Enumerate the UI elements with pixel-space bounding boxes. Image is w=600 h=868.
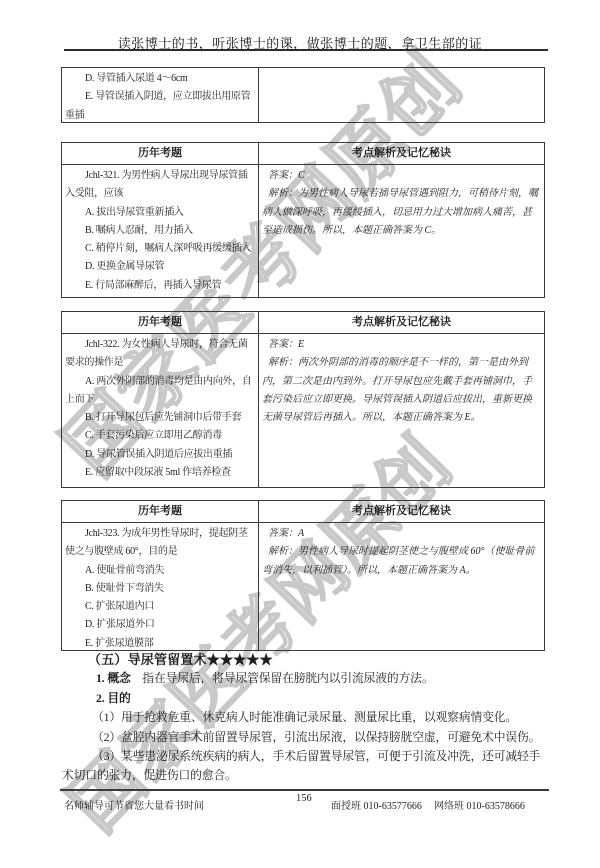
option-a: A. 两次外阴部的消毒均是由内向外，自上而下: [65, 373, 255, 410]
qa-table-header-row: 历年考题 考点解析及记忆秘诀: [62, 143, 544, 165]
option-a: A. 使耻骨前弯消失: [65, 562, 255, 580]
question-stem: Jchl-322. 为女性病人导尿时，符合无菌要求的操作是: [65, 336, 255, 373]
qa-table-jchl-322: 历年考题 考点解析及记忆秘诀 Jchl-322. 为女性病人导尿时，符合无菌要求…: [61, 311, 545, 488]
answer-line: 答案：E: [262, 336, 541, 354]
question-stem: Jchl-321. 为男性病人导尿出现导尿管插入受阻，应该: [65, 167, 255, 204]
purpose-label-line: 2. 目的: [62, 689, 548, 708]
option-d: D. 导尿管误插入阴道后应拔出重插: [65, 446, 255, 464]
concept-text: 指在导尿后，将导尿管保留在膀胱内以引流尿液的方法。: [131, 671, 434, 685]
concept-line: 1. 概念 指在导尿后，将导尿管保留在膀胱内以引流尿液的方法。: [62, 669, 548, 688]
purpose-item-1: （1）用于抢救危重、休克病人时能准确记录尿量、测量尿比重，以观察病情变化。: [62, 708, 548, 727]
qa-table-jchl-321: 历年考题 考点解析及记忆秘诀 Jchl-321. 为男性病人导尿出现导尿管插入受…: [61, 142, 545, 298]
footer-slogan: 名师辅导可节省您大量看书时间: [64, 797, 204, 812]
page-number: 156: [296, 793, 312, 804]
footer-rule: [60, 789, 549, 791]
section-indwelling-catheterization: （五）导尿管留置术★★★★★ 1. 概念 指在导尿后，将导尿管保留在膀胱内以引流…: [62, 650, 548, 786]
column-header-analysis: 考点解析及记忆秘诀: [259, 501, 544, 522]
qa-table-body: Jchl-322. 为女性病人导尿时，符合无菌要求的操作是 A. 两次外阴部的消…: [62, 334, 544, 487]
analysis-text: 解析：两次外阴部的消毒的顺序是不一样的，第一是由外到内，第二次是由内到外。打开导…: [262, 354, 541, 427]
option-b: B. 打开导尿包后应先铺洞巾后带手套: [65, 409, 255, 427]
question-cell: Jchl-321. 为男性病人导尿出现导尿管插入受阻，应该 A. 拔出导尿管重新…: [62, 165, 259, 297]
option-c: C. 稍停片刻，嘱病人深呼吸再缓缓插入: [65, 240, 255, 258]
analysis-cell: 答案：A 解析：男性病人导尿时提起阴茎使之与腹壁成 60°（使耻骨前弯消失，以利…: [259, 523, 544, 650]
qa-table-header-row: 历年考题 考点解析及记忆秘诀: [62, 312, 544, 334]
question-cell: Jchl-322. 为女性病人导尿时，符合无菌要求的操作是 A. 两次外阴部的消…: [62, 334, 259, 487]
option-a: A. 拔出导尿管重新插入: [65, 204, 255, 222]
analysis-text: 解析：为男性病人导尿若插导尿管遇到阻力，可稍待片刻，嘱病人做深呼吸，再缓缓插入，…: [262, 185, 541, 240]
footer-phone-classroom: 面授班 010-63577666: [331, 797, 422, 812]
page-content: 读张博士的书，听张博士的课，做张博士的题，拿卫生部的证 D. 导管插入尿道 4～…: [0, 0, 600, 868]
column-header-analysis: 考点解析及记忆秘诀: [259, 143, 544, 164]
analysis-text: 解析：男性病人导尿时提起阴茎使之与腹壁成 60°（使耻骨前弯消失，以利插管）。所…: [262, 543, 541, 580]
continuation-left-cell: D. 导管插入尿道 4～6cm E. 导管误插入阴道，应立即拔出用原管重插: [62, 68, 259, 122]
continuation-right-cell: [259, 68, 544, 122]
header-rule: [64, 49, 548, 51]
answer-line: 答案：C: [262, 167, 541, 185]
option-e: E. 应留取中段尿液 5ml 作培养检查: [65, 464, 255, 482]
option-c: C. 扩张尿道内口: [65, 598, 255, 616]
option-d: D. 扩张尿道外口: [65, 616, 255, 634]
continuation-option-e: E. 导管误插入阴道，应立即拔出用原管重插: [65, 88, 255, 125]
question-cell: Jchl-323. 为成年男性导尿时，提起阴茎使之与腹壁成 60°，目的是 A.…: [62, 523, 259, 650]
options-continuation-box: D. 导管插入尿道 4～6cm E. 导管误插入阴道，应立即拔出用原管重插: [61, 67, 545, 123]
column-header-past-questions: 历年考题: [62, 501, 259, 522]
option-b: B. 嘱病人忍耐，用力插入: [65, 222, 255, 240]
analysis-cell: 答案：E 解析：两次外阴部的消毒的顺序是不一样的，第一是由外到内，第二次是由内到…: [259, 334, 544, 487]
option-c: C. 手套污染后应立即用乙醇消毒: [65, 427, 255, 445]
purpose-item-3: （3）某些患泌尿系统疾病的病人，手术后留置导尿管，可便于引流及冲洗，还可减轻手术…: [62, 747, 548, 786]
column-header-past-questions: 历年考题: [62, 312, 259, 333]
qa-table-jchl-323: 历年考题 考点解析及记忆秘诀 Jchl-323. 为成年男性导尿时，提起阴茎使之…: [61, 500, 545, 651]
qa-table-body: Jchl-323. 为成年男性导尿时，提起阴茎使之与腹壁成 60°，目的是 A.…: [62, 523, 544, 650]
qa-table-header-row: 历年考题 考点解析及记忆秘诀: [62, 501, 544, 523]
analysis-cell: 答案：C 解析：为男性病人导尿若插导尿管遇到阻力，可稍待片刻，嘱病人做深呼吸，再…: [259, 165, 544, 297]
question-stem: Jchl-323. 为成年男性导尿时，提起阴茎使之与腹壁成 60°，目的是: [65, 525, 255, 562]
footer-phone-online: 网络班 010-63578666: [434, 797, 525, 812]
purpose-item-2: （2）盆腔内器官手术前留置导尿管，引流出尿液，以保持膀胱空虚，可避免术中误伤。: [62, 728, 548, 747]
column-header-analysis: 考点解析及记忆秘诀: [259, 312, 544, 333]
purpose-label: 2. 目的: [96, 691, 131, 705]
column-header-past-questions: 历年考题: [62, 143, 259, 164]
option-b: B. 使耻骨下弯消失: [65, 580, 255, 598]
answer-line: 答案：A: [262, 525, 541, 543]
option-e: E. 行局部麻醉后，再插入导尿管: [65, 277, 255, 295]
option-d: D. 更换金属导尿管: [65, 258, 255, 276]
section-heading: （五）导尿管留置术★★★★★: [62, 650, 548, 669]
qa-table-body: Jchl-321. 为男性病人导尿出现导尿管插入受阻，应该 A. 拔出导尿管重新…: [62, 165, 544, 297]
continuation-option-d: D. 导管插入尿道 4～6cm: [65, 70, 255, 88]
concept-label: 1. 概念: [96, 671, 131, 685]
